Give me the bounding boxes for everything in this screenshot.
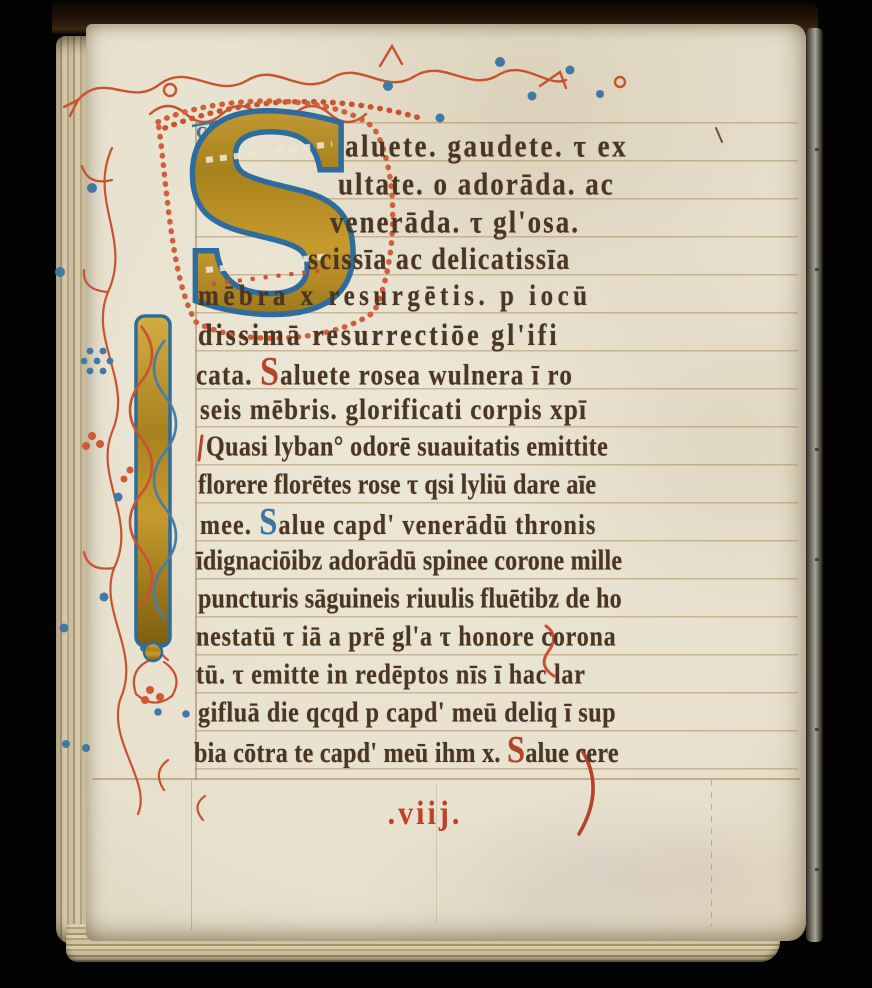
line-text: alue capd' venerādū thronis bbox=[279, 510, 597, 541]
text-line-5: mēbra x resurgētis. p iocū bbox=[198, 280, 592, 320]
line-text: mee. bbox=[200, 510, 259, 541]
text-line-13: puncturis sāguineis riuulis fluētibz de … bbox=[198, 584, 622, 624]
line-text: cata. bbox=[196, 360, 260, 392]
text-line-1: aluete. gaudete. τ ex bbox=[345, 128, 628, 168]
text-line-10: florere florētes rose τ qsi lyliū dare a… bbox=[198, 470, 596, 510]
line-text: mēbra x resurgētis. p iocū bbox=[198, 280, 592, 312]
line-text: puncturis sāguineis riuulis fluētibz de … bbox=[198, 584, 622, 615]
line-text: venerāda. τ gl'osa. bbox=[330, 204, 580, 239]
line-text: dissimā resurrectiōe gl'ifi bbox=[198, 318, 560, 352]
line-text: scissīa ac delicatissīa bbox=[308, 242, 571, 276]
line-text: florere florētes rose τ qsi lyliū dare a… bbox=[198, 470, 596, 501]
line-text: nestatū τ iā a prē gl'a τ honore corona bbox=[196, 622, 616, 653]
line-text: ultate. o adorāda. ac bbox=[338, 166, 615, 201]
line-text: īdignaciōibz adorādū spinee corone mille bbox=[196, 546, 622, 577]
text-line-14: nestatū τ iā a prē gl'a τ honore corona bbox=[196, 622, 616, 662]
line-text: alue cere bbox=[525, 738, 619, 769]
versal-initial-red: S bbox=[507, 729, 525, 771]
text-line-17: bia cōtra te capd' meū ihm x. Salue cere bbox=[194, 736, 619, 776]
text-line-16: gifluā die qcqd p capd' meū deliq ī sup bbox=[198, 698, 616, 738]
text-line-11: mee. Salue capd' venerādū thronis bbox=[200, 508, 597, 548]
frame-left-extension-line bbox=[191, 780, 192, 930]
line-text: bia cōtra te capd' meū ihm x. bbox=[194, 738, 507, 769]
versal-initial-blue: S bbox=[259, 501, 278, 543]
manuscript-photo: cH S aluete. gaudete. τ ex ultate. o ad bbox=[0, 0, 872, 988]
versal-initial-red: S bbox=[260, 350, 280, 394]
text-line-4: scissīa ac delicatissīa bbox=[308, 242, 571, 282]
text-line-6: dissimā resurrectiōe gl'ifi bbox=[198, 318, 560, 358]
line-text: tū. τ emitte in redēptos nīs ī hac lar bbox=[196, 660, 586, 691]
text-frame-bottom-line bbox=[92, 778, 800, 780]
text-line-7: cata. Saluete rosea wulnera ī ro bbox=[196, 356, 573, 396]
text-line-2: ultate. o adorāda. ac bbox=[338, 166, 615, 206]
frame-right-extension-line bbox=[711, 780, 712, 926]
line-text: seis mēbris. glorificati corpis xpī bbox=[200, 394, 587, 426]
line-text: aluete rosea wulnera ī ro bbox=[280, 360, 573, 392]
text-line-12: īdignaciōibz adorādū spinee corone mille bbox=[196, 546, 622, 586]
text-line-3: venerāda. τ gl'osa. bbox=[330, 204, 580, 244]
text-line-15: tū. τ emitte in redēptos nīs ī hac lar bbox=[196, 660, 586, 700]
line-text: gifluā die qcqd p capd' meū deliq ī sup bbox=[198, 698, 616, 729]
text-line-9: Quasi lyban° odorē suauitatis emittite bbox=[206, 432, 608, 472]
facing-page-gutter-edge bbox=[806, 28, 823, 942]
text-line-8: seis mēbris. glorificati corpis xpī bbox=[200, 394, 587, 434]
quire-number: .viij. bbox=[330, 795, 520, 833]
line-text: Quasi lyban° odorē suauitatis emittite bbox=[206, 432, 608, 463]
line-text: aluete. gaudete. τ ex bbox=[345, 128, 628, 163]
